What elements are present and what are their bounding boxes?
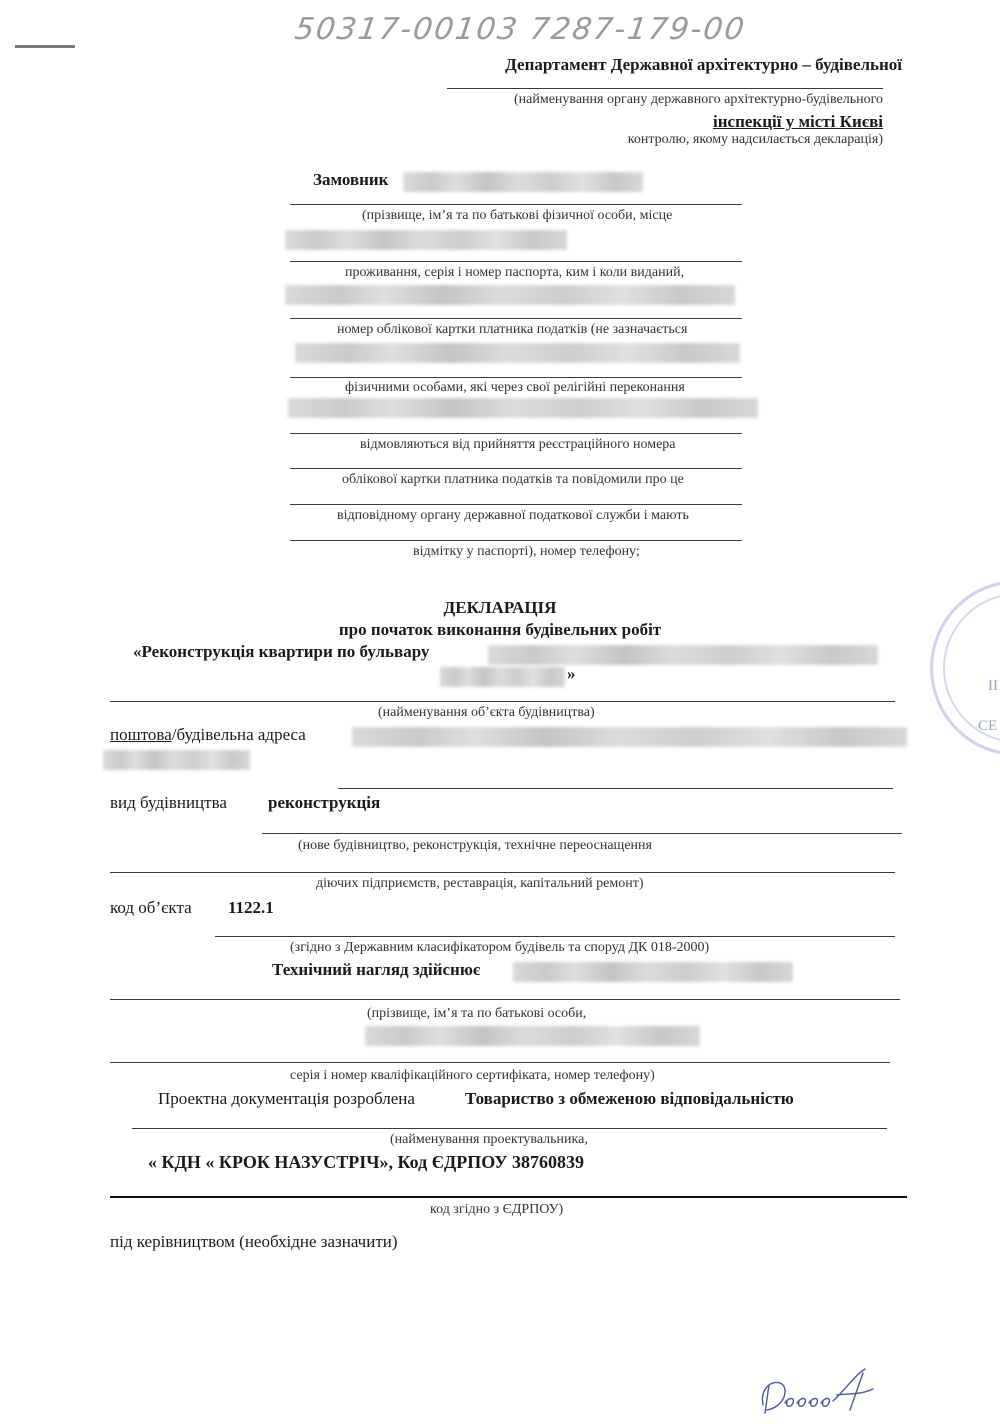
divider <box>290 261 742 262</box>
handwritten-registration-number: 50317-00103 7287-179-00 <box>293 12 749 47</box>
supervision-label: Технічний нагляд здійснює <box>272 960 480 980</box>
supervision-caption1: (прізвище, ім’я та по батькові особи, <box>367 1006 586 1022</box>
address-label: поштова/будівельна адреса <box>110 725 306 745</box>
divider <box>290 204 742 205</box>
signature-icon <box>755 1365 885 1420</box>
management-text: під керівництвом (необхідне зазначити) <box>110 1232 398 1252</box>
stamp-text-1: ІІ <box>988 678 998 695</box>
divider <box>110 1196 907 1198</box>
address-label-postal: поштова <box>110 725 172 744</box>
divider <box>110 1062 890 1063</box>
customer-caption-6: облікової картки платника податків та по… <box>342 472 684 488</box>
redacted-object-address-2 <box>440 667 565 687</box>
divider <box>290 468 742 469</box>
customer-caption-5: відмовляються від прийняття реєстраційно… <box>360 437 676 453</box>
divider <box>132 1128 887 1129</box>
divider <box>215 936 895 937</box>
design-label: Проектна документація розроблена <box>158 1089 415 1109</box>
customer-label: Замовник <box>313 170 388 190</box>
redacted-customer-passport <box>285 285 735 305</box>
design-caption1: (найменування проектувальника, <box>390 1132 588 1148</box>
customer-caption-7: відповідному органу державної податкової… <box>337 508 689 524</box>
divider <box>290 318 742 319</box>
supervision-caption2: серія і номер кваліфікаційного сертифіка… <box>290 1068 655 1084</box>
department-caption1: (найменування органу державного архітект… <box>514 92 883 108</box>
customer-caption-2: проживання, серія і номер паспорта, ким … <box>345 265 684 281</box>
stamp-text-2: СЕ <box>978 718 997 735</box>
scan-mark <box>15 45 75 48</box>
object-code-value: 1122.1 <box>228 898 274 918</box>
construction-type-value: реконструкція <box>268 793 380 813</box>
divider <box>338 788 893 789</box>
customer-caption-1: (прізвище, ім’я та по батькові фізичної … <box>362 208 672 224</box>
redacted-customer-tax-number <box>295 343 740 363</box>
customer-caption-8: відмітку у паспорті), номер телефону; <box>413 544 640 560</box>
divider <box>290 433 742 434</box>
construction-type-caption1: (нове будівництво, реконструкція, техніч… <box>298 838 652 854</box>
construction-type-caption2: діючих підприємств, реставрація, капітал… <box>316 876 644 892</box>
object-name-suffix: » <box>567 664 576 684</box>
construction-type-label: вид будівництва <box>110 793 227 813</box>
divider <box>110 872 895 873</box>
address-label-rest: /будівельна адреса <box>172 725 306 744</box>
divider <box>110 999 900 1000</box>
redacted-address-2 <box>103 750 250 770</box>
object-code-label: код об’єкта <box>110 898 192 918</box>
customer-caption-4: фізичними особами, які через свої релігі… <box>345 380 685 396</box>
redacted-customer-phone <box>288 398 758 418</box>
redacted-object-address <box>488 645 878 665</box>
design-caption2: код згідно з ЄДРПОУ) <box>430 1202 563 1218</box>
divider <box>290 504 742 505</box>
divider <box>110 701 895 702</box>
customer-caption-3: номер облікової картки платника податків… <box>337 322 687 338</box>
department-caption2: контролю, якому надсилається декларація) <box>628 132 883 148</box>
department-name-line2: інспекції у місті Києві <box>713 112 883 132</box>
object-name-prefix: «Реконструкція квартири по бульвару <box>133 642 429 662</box>
divider <box>262 833 902 834</box>
department-name-line1: Департамент Державної архітектурно – буд… <box>505 55 902 75</box>
divider <box>447 88 883 89</box>
redacted-address <box>352 727 907 747</box>
object-code-caption: (згідно з Державним класифікатором будів… <box>290 940 709 956</box>
divider <box>290 540 742 541</box>
redacted-supervisor-name <box>513 962 793 982</box>
object-caption: (найменування об’єкта будівництва) <box>378 705 595 721</box>
redacted-supervisor-certificate <box>365 1026 700 1046</box>
redacted-customer-residence <box>285 230 567 250</box>
design-company-type: Товариство з обмеженою відповідальністю <box>465 1089 794 1109</box>
design-company-name: « КДН « КРОК НАЗУСТРІЧ», Код ЄДРПОУ 3876… <box>148 1152 584 1173</box>
declaration-subtitle: про початок виконання будівельних робіт <box>0 620 1000 640</box>
declaration-title: ДЕКЛАРАЦІЯ <box>0 598 1000 618</box>
redacted-customer-name <box>403 172 643 192</box>
divider <box>290 377 742 378</box>
